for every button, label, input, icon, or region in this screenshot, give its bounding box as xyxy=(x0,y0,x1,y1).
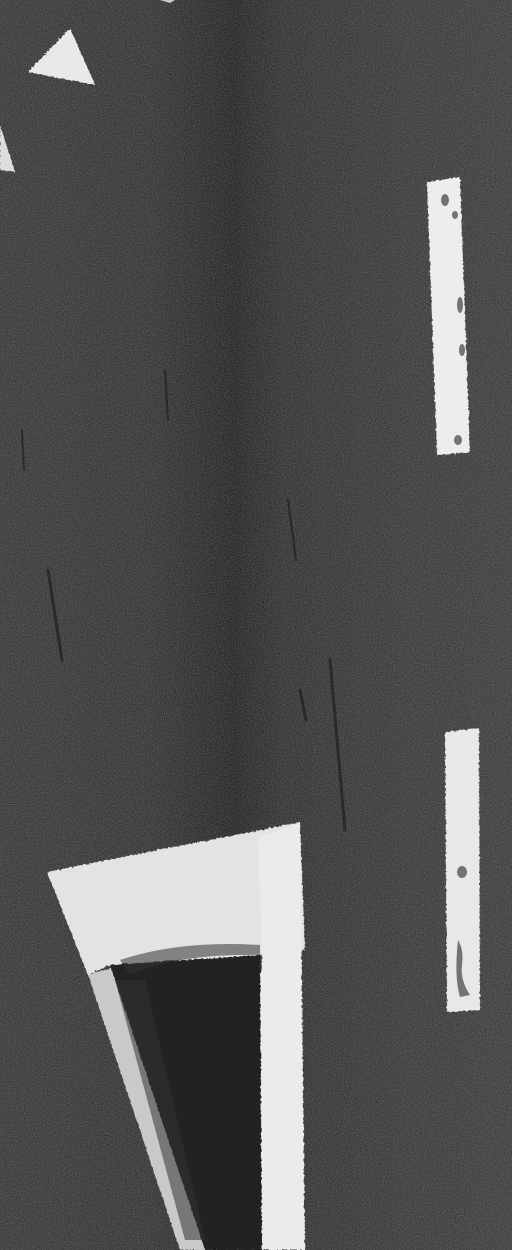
road-surface-image xyxy=(0,0,512,1250)
road-surface-svg xyxy=(0,0,512,1250)
